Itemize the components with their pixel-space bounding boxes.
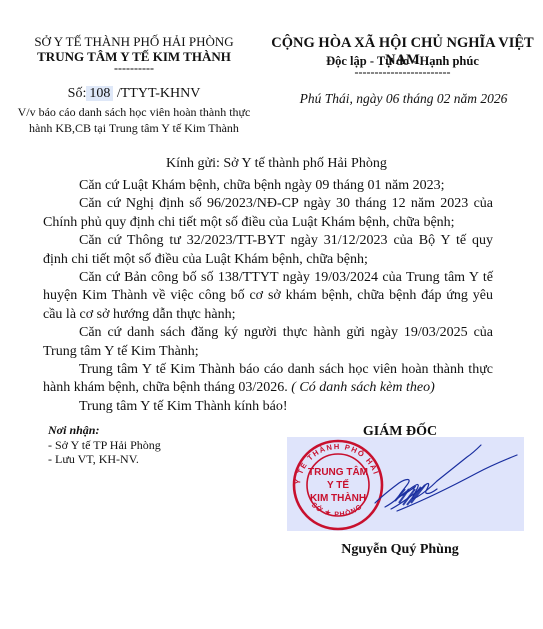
body-paragraph: Căn cứ Luật Khám bệnh, chữa bệnh ngày 09… xyxy=(43,177,493,195)
svg-text:KIM THÀNH: KIM THÀNH xyxy=(310,491,366,504)
attachment-note: ( Có danh sách kèm theo) xyxy=(291,380,434,395)
subject-line-2: hành KB,CB tại Trung tâm Y tế Kim Thành xyxy=(0,120,268,136)
subject-line-1: V/v báo cáo danh sách học viên hoàn thàn… xyxy=(0,104,268,120)
svg-text:SỞ ★ PHÒNG: SỞ ★ PHÒNG xyxy=(310,502,364,519)
body-paragraph: Căn cứ danh sách đăng ký người thực hành… xyxy=(43,324,493,361)
place-and-date: Phú Thái, ngày 06 tháng 02 năm 2026 xyxy=(262,90,543,108)
recipients-title: Nơi nhận: xyxy=(48,423,161,438)
header-right-separator: ------------------------ xyxy=(262,66,543,78)
document-subject: V/v báo cáo danh sách học viên hoàn thàn… xyxy=(0,104,268,136)
header-left-separator: ---------- xyxy=(0,62,268,74)
recipient-item: - Lưu VT, KH-NV. xyxy=(48,452,161,467)
signer-name: Nguyễn Quý Phùng xyxy=(300,541,500,559)
document-number-prefix: Số: xyxy=(68,86,87,101)
body-paragraph: Căn cứ Bản công bố số 138/TTYT ngày 19/0… xyxy=(43,269,493,324)
issuing-authority: SỞ Y TẾ THÀNH PHỐ HẢI PHÒNG xyxy=(0,34,268,50)
signature-stamp-image: Y TẾ THÀNH PHỐ HẢI SỞ ★ PHÒNG TRUNG TÂM … xyxy=(287,437,524,531)
body-paragraph: Căn cứ Nghị định số 96/2023/NĐ-CP ngày 3… xyxy=(43,195,493,232)
document-number: Số:108 /TTYT-KHNV xyxy=(0,85,268,103)
svg-text:Y TẾ: Y TẾ xyxy=(327,478,349,491)
body-paragraph: Căn cứ Thông tư 32/2023/TT-BYT ngày 31/1… xyxy=(43,232,493,269)
document-number-suffix: /TTYT-KHNV xyxy=(113,86,200,101)
closing-line: Trung tâm Y tế Kim Thành kính báo! xyxy=(43,398,493,416)
body-paragraph: Trung tâm Y tế Kim Thành báo cáo danh sá… xyxy=(43,361,493,398)
svg-text:TRUNG TÂM: TRUNG TÂM xyxy=(308,465,368,478)
recipients-block: Nơi nhận: - Sở Y tế TP Hải Phòng - Lưu V… xyxy=(48,423,161,467)
official-stamp-icon: Y TẾ THÀNH PHỐ HẢI SỞ ★ PHÒNG TRUNG TÂM … xyxy=(287,437,524,531)
document-number-value: 108 xyxy=(86,86,113,101)
addressee: Kính gửi: Sở Y tế thành phố Hải Phòng xyxy=(100,155,543,173)
document-body: Căn cứ Luật Khám bệnh, chữa bệnh ngày 09… xyxy=(43,177,493,416)
recipient-item: - Sở Y tế TP Hải Phòng xyxy=(48,438,161,453)
